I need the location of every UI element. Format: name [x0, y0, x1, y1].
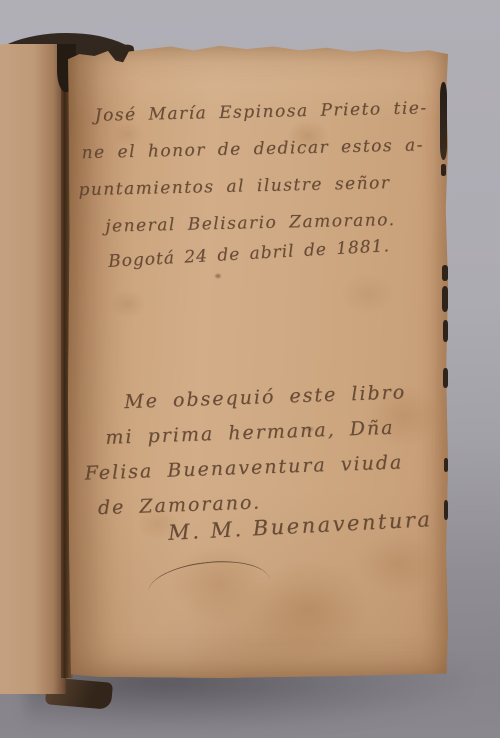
gift-note-inscription: Me obsequió este libro mi prima hermana,…	[82, 373, 465, 526]
fore-edge-mark	[441, 164, 446, 176]
fore-edge-mark	[440, 82, 447, 160]
fore-edge-mark	[443, 320, 448, 342]
dedication-inscription: José María Espinosa Prieto tie- ne el ho…	[76, 90, 451, 246]
fore-edge-mark	[444, 500, 448, 520]
signature-flourish-stroke	[146, 556, 270, 596]
book-photo: José María Espinosa Prieto tie- ne el ho…	[0, 0, 500, 738]
fore-edge-mark	[442, 265, 448, 281]
fore-edge-mark	[442, 286, 448, 312]
dedication-line: jeneral Belisario Zamorano.	[105, 201, 452, 246]
left-blank-page	[0, 44, 66, 694]
fore-edge-mark	[443, 368, 448, 388]
fore-edge-mark	[444, 458, 448, 472]
flyleaf-page: José María Espinosa Prieto tie- ne el ho…	[68, 44, 448, 678]
